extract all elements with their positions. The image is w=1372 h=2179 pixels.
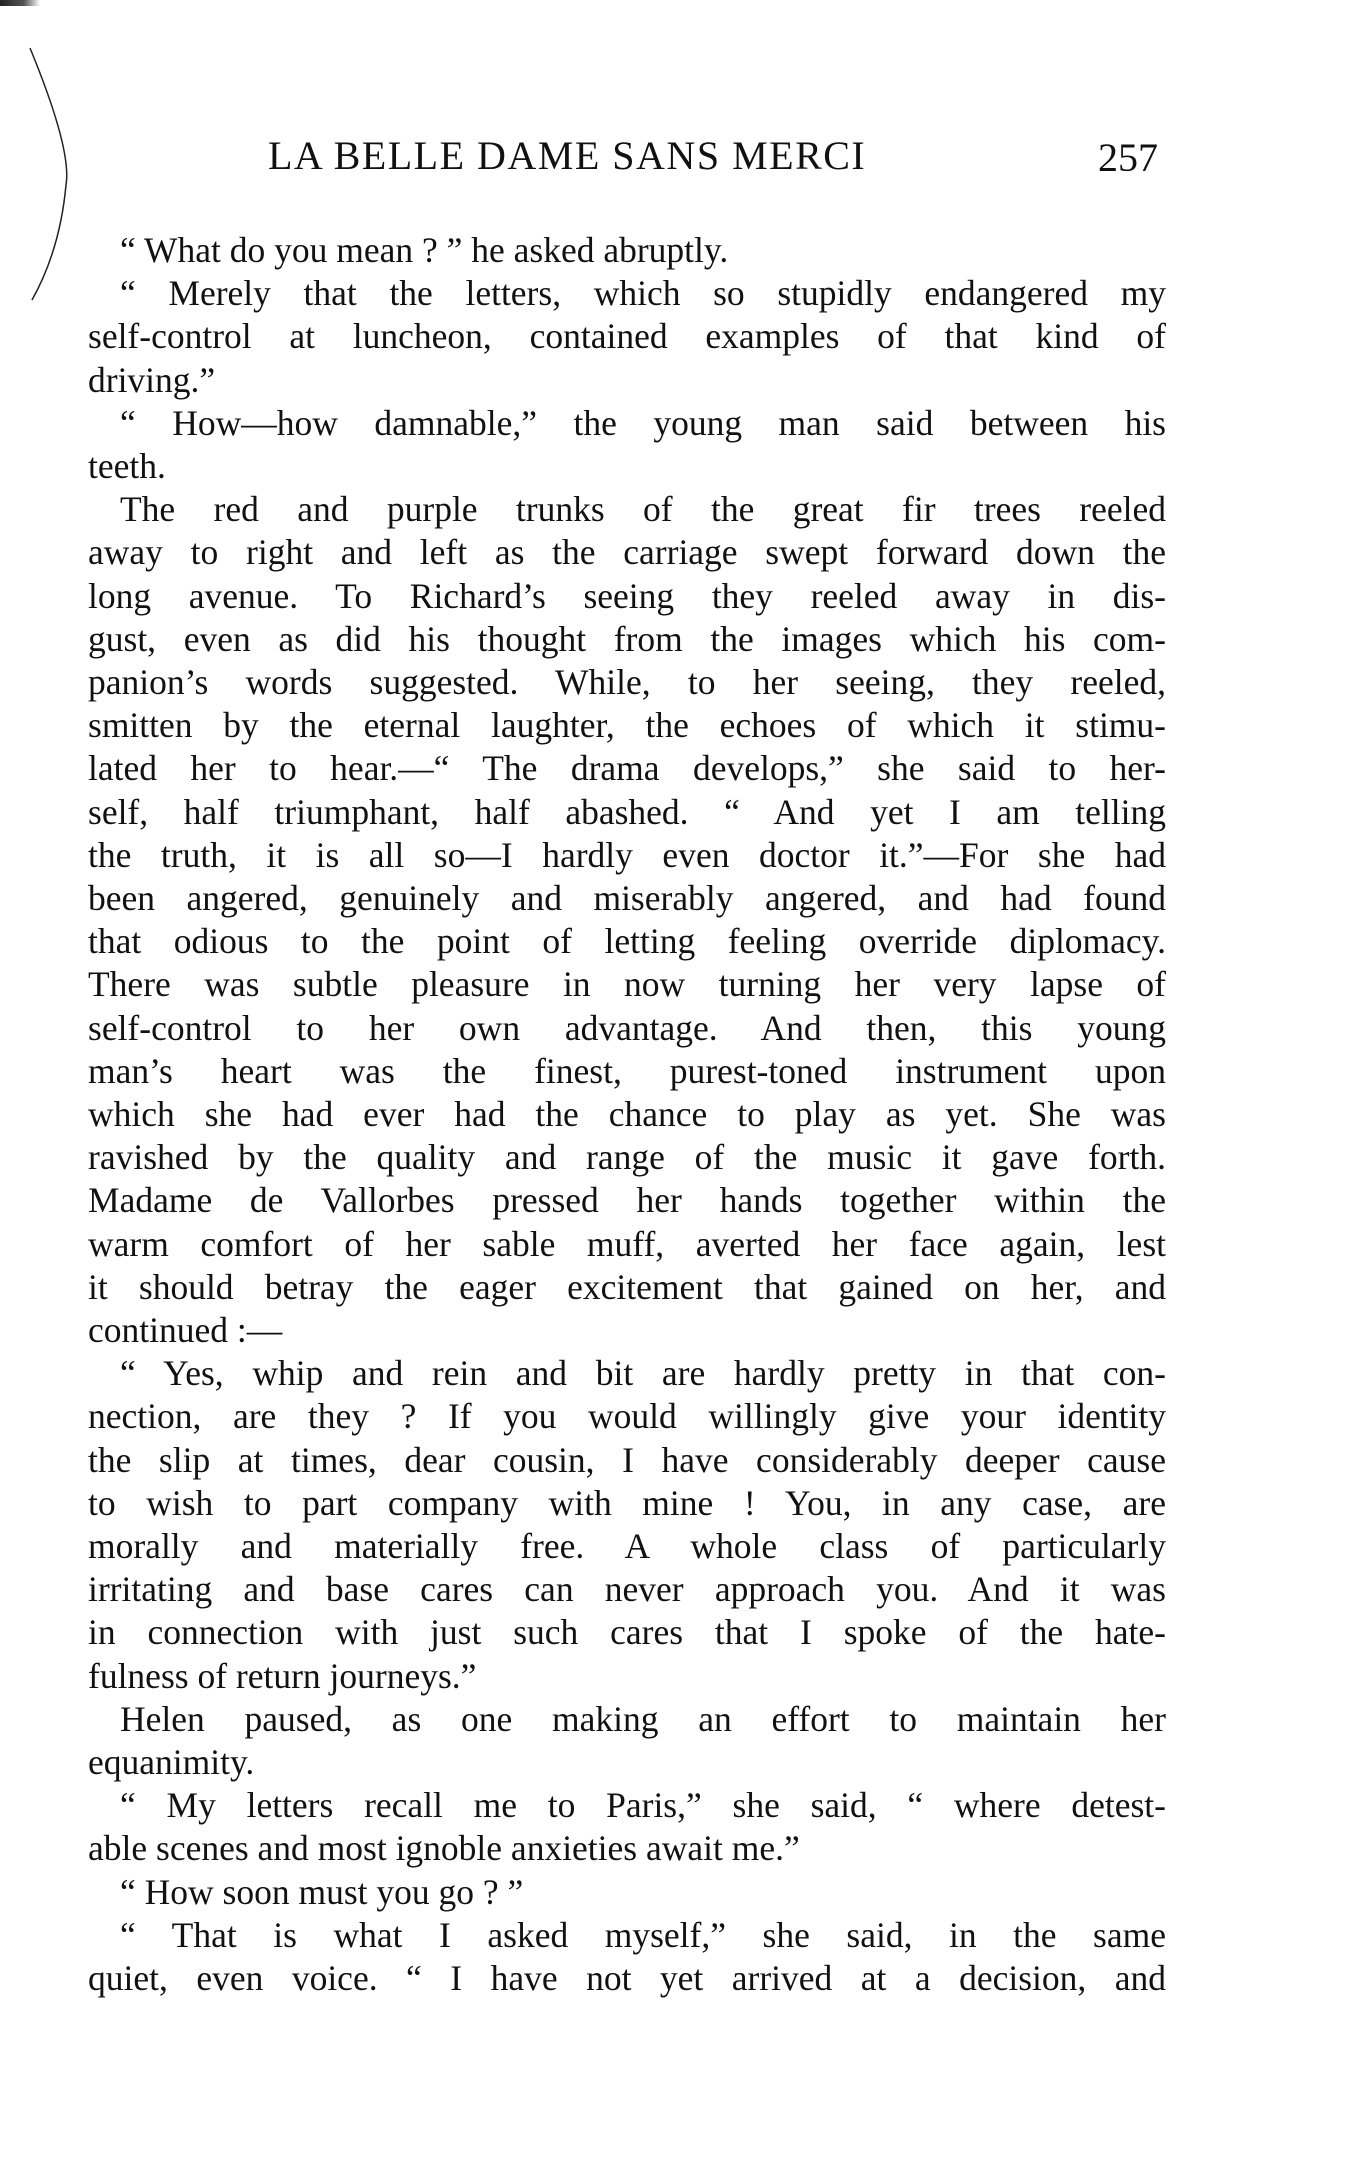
text-line: self-control to her own advantage. And t…	[88, 1006, 1166, 1050]
text-line: teeth.	[88, 444, 166, 488]
text-line: “ How—how damnable,” the young man said …	[120, 401, 1166, 445]
text-line: away to right and left as the carriage s…	[88, 530, 1166, 574]
text-line: “ Merely that the letters, which so stup…	[120, 271, 1166, 315]
text-line: Helen paused, as one making an effort to…	[120, 1697, 1166, 1741]
text-line: irritating and base cares can never appr…	[88, 1567, 1166, 1611]
running-title: LA BELLE DAME SANS MERCI	[268, 132, 866, 179]
text-line: long avenue. To Richard’s seeing they re…	[88, 574, 1166, 618]
text-line: self, half triumphant, half abashed. “ A…	[88, 790, 1166, 834]
text-line: panion’s words suggested. While, to her …	[88, 660, 1166, 704]
text-line: fulness of return journeys.”	[88, 1654, 476, 1698]
text-line: which she had ever had the chance to pla…	[88, 1092, 1166, 1136]
text-line: warm comfort of her sable muff, averted …	[88, 1222, 1166, 1266]
text-line: ravished by the quality and range of the…	[88, 1135, 1166, 1179]
text-line: the truth, it is all so—I hardly even do…	[88, 833, 1166, 877]
running-header: LA BELLE DAME SANS MERCI 257	[0, 132, 1372, 192]
text-line: that odious to the point of letting feel…	[88, 919, 1166, 963]
text-line: “ My letters recall me to Paris,” she sa…	[120, 1783, 1166, 1827]
text-line: “ Yes, whip and rein and bit are hardly …	[120, 1351, 1166, 1395]
text-line: continued :—	[88, 1308, 282, 1352]
text-line: self-control at luncheon, contained exam…	[88, 314, 1166, 358]
text-line: it should betray the eager excitement th…	[88, 1265, 1166, 1309]
text-line: the slip at times, dear cousin, I have c…	[88, 1438, 1166, 1482]
text-line: morally and materially free. A whole cla…	[88, 1524, 1166, 1568]
text-line: “ That is what I asked myself,” she said…	[120, 1913, 1166, 1957]
text-line: lated her to hear.—“ The drama develops,…	[88, 746, 1166, 790]
text-line: There was subtle pleasure in now turning…	[88, 962, 1166, 1006]
text-line: been angered, genuinely and miserably an…	[88, 876, 1166, 920]
text-line: able scenes and most ignoble anxieties a…	[88, 1826, 800, 1870]
text-line: driving.”	[88, 358, 215, 402]
text-line: to wish to part company with mine ! You,…	[88, 1481, 1166, 1525]
page-number: 257	[1098, 134, 1158, 181]
text-line: smitten by the eternal laughter, the ech…	[88, 703, 1166, 747]
text-line: in connection with just such cares that …	[88, 1610, 1166, 1654]
text-line: gust, even as did his thought from the i…	[88, 617, 1166, 661]
text-line: “ How soon must you go ? ”	[120, 1870, 523, 1914]
book-page: LA BELLE DAME SANS MERCI 257 “ What do y…	[0, 0, 1372, 2179]
text-line: man’s heart was the finest, purest-toned…	[88, 1049, 1166, 1093]
text-line: quiet, even voice. “ I have not yet arri…	[88, 1956, 1166, 2000]
text-line: Madame de Vallorbes pressed her hands to…	[88, 1178, 1166, 1222]
text-line: The red and purple trunks of the great f…	[120, 487, 1166, 531]
text-line: equanimity.	[88, 1740, 254, 1784]
text-line: nection, are they ? If you would willing…	[88, 1394, 1166, 1438]
text-line: “ What do you mean ? ” he asked abruptly…	[120, 228, 728, 272]
